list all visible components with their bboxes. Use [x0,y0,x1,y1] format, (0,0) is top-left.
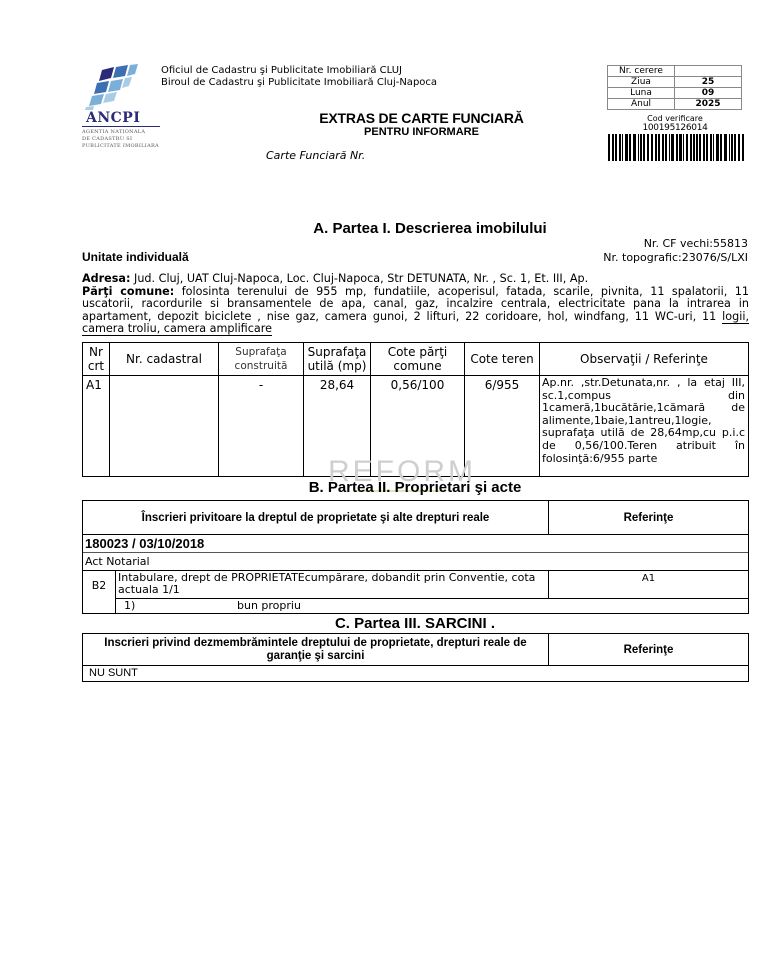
entry-content: Intabulare, drept de PROPRIETATEcumpărar… [116,571,748,599]
nr-topografic: Nr. topografic:23076/S/LXI [603,251,748,265]
request-row: Luna09 [608,88,742,99]
cell-observatii: Ap.nr. ,str.Detunata,nr. , la etaj III, … [540,376,749,477]
request-row: Nr. cerere [608,66,742,77]
col-references: Referinţe [549,501,748,534]
col-suprafata-construita: Suprafaţa construită [219,343,304,376]
col-observatii: Observaţii / Referinţe [540,343,749,376]
cell-suprafata-construita: - [219,376,304,477]
cf-vechi: Nr. CF vechi:55813 [603,237,748,251]
common-parts-label: Părţi comune: [82,285,174,298]
col-encumbrance-entries: Inscrieri privind dezmembrămintele drept… [83,634,549,665]
address-value: Jud. Cluj, UAT Cluj-Napoca, Loc. Cluj-Na… [134,272,588,285]
act-type: Act Notarial [83,553,748,571]
encumbrances-table: Inscrieri privind dezmembrămintele drept… [82,633,749,682]
request-row: Ziua25 [608,77,742,88]
request-label: Anul [608,99,675,110]
entry-number: B2 [83,571,116,613]
verification-code-value: 100195126014 [607,123,743,133]
request-label: Luna [608,88,675,99]
encumbrances-table-header: Inscrieri privind dezmembrămintele drept… [83,634,748,666]
col-nr-crt: Nr crt [83,343,110,376]
unit-type: Unitate individuală [82,250,189,264]
request-value: 25 [675,77,742,88]
col-cote-parti-comune: Cote părţi comune [371,343,465,376]
verification-code-label: Cod verificare [607,114,743,123]
common-parts: Părţi comune: folosinta terenului de 955… [82,286,749,336]
act-number: 180023 / 03/10/2018 [83,535,748,553]
office-line-2: Biroul de Cadastru şi Publicitate Imobil… [161,77,437,89]
entry-body: Intabulare, drept de PROPRIETATEcumpărar… [116,571,748,613]
cf-number-label: Carte Funciară Nr. [266,149,365,162]
request-info-table: Nr. cerere Ziua25 Luna09 Anul2025 [607,65,742,110]
part-b-title: B. Partea II. Proprietari şi acte [0,479,783,496]
col-encumbrance-references: Referinţe [549,634,748,665]
ownership-table-header: Înscrieri privitoare la dreptul de propr… [83,501,748,535]
col-entries: Înscrieri privitoare la dreptul de propr… [83,501,549,534]
request-label: Ziua [608,77,675,88]
request-value: 2025 [675,99,742,110]
owner-index: 1) [124,599,135,613]
request-row: Anul2025 [608,99,742,110]
request-label: Nr. cerere [608,66,675,77]
part-a-title: A. Partea I. Descrierea imobilului [0,220,783,237]
table-header-row: Nr crt Nr. cadastral Suprafaţa construit… [83,343,749,376]
owner-row: 1) bun propriu [116,599,748,613]
request-value [675,66,742,77]
logo-subtitle-3: PUBLICITATE IMOBILIARA [82,143,159,149]
col-suprafata-utila: Suprafaţa utilă (mp) [304,343,371,376]
entry-reference: A1 [549,571,748,598]
request-value: 09 [675,88,742,99]
table-row: B2 Intabulare, drept de PROPRIETATEcumpă… [83,571,748,613]
entry-text: Intabulare, drept de PROPRIETATEcumpărar… [116,571,549,598]
ancpi-logo-mark-icon [80,64,162,110]
office-info: Oficiul de Cadastru şi Publicitate Imobi… [161,65,437,89]
common-parts-value: folosinta terenului de 955 mp, fundatiil… [82,285,749,323]
col-nr-cadastral: Nr. cadastral [110,343,219,376]
part-c-title: C. Partea III. SARCINI . [0,615,783,632]
encumbrance-value: NU SUNT [83,666,748,681]
cell-nr-cadastral [110,376,219,477]
barcode-icon [608,134,744,161]
col-cote-teren: Cote teren [465,343,540,376]
address-label: Adresa: [82,272,130,285]
ownership-table: Înscrieri privitoare la dreptul de propr… [82,500,749,614]
address-block: Adresa: Jud. Cluj, UAT Cluj-Napoca, Loc.… [82,273,749,336]
office-line-1: Oficiul de Cadastru şi Publicitate Imobi… [161,65,437,77]
cf-references: Nr. CF vechi:55813 Nr. topografic:23076/… [603,237,748,265]
owner-note: bun propriu [237,599,301,613]
cell-nr-crt: A1 [83,376,110,477]
